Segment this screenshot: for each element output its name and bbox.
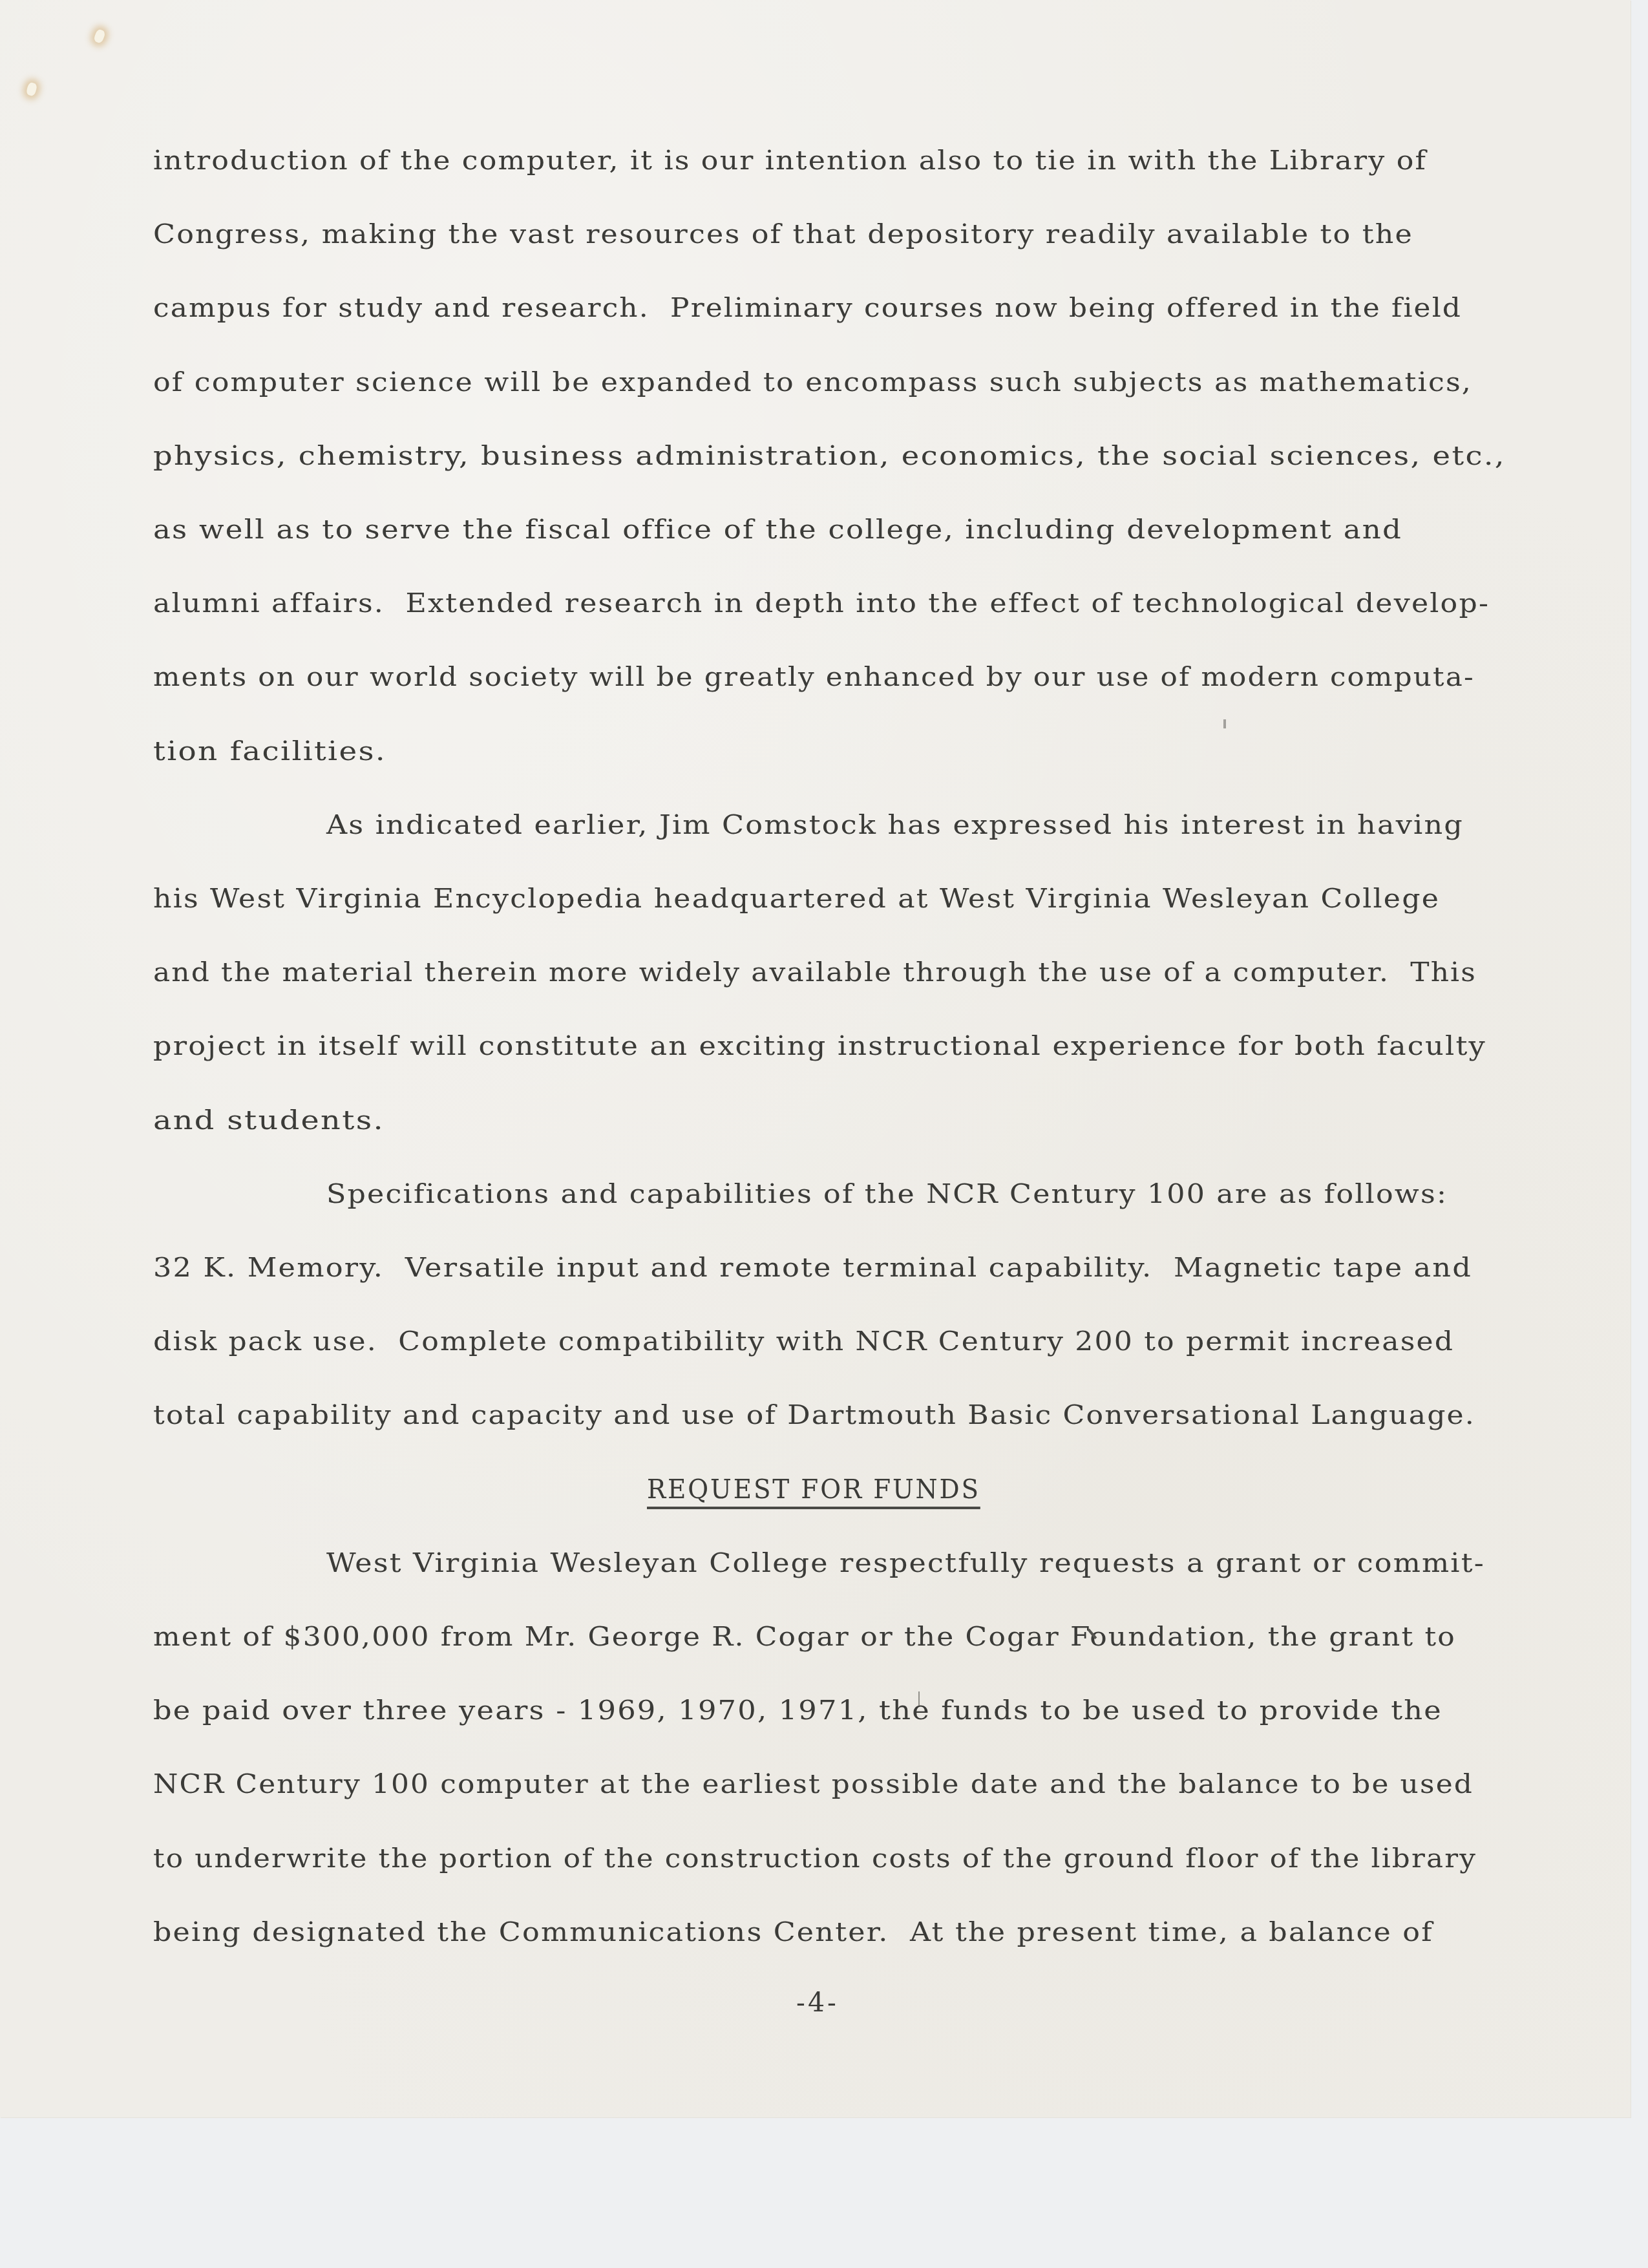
- text-line: total capability and capacity and use of…: [153, 1402, 1475, 1428]
- text-line: his West Virginia Encyclopedia headquart…: [153, 885, 1440, 912]
- staple-hole-mark: [93, 28, 106, 44]
- text-line: As indicated earlier, Jim Comstock has e…: [326, 812, 1464, 838]
- text-line: to underwrite the portion of the constru…: [153, 1845, 1477, 1872]
- text-line: being designated the Communications Cent…: [153, 1919, 1433, 1945]
- text-line: of computer science will be expanded to …: [153, 369, 1472, 396]
- paper-speck: [1223, 719, 1226, 728]
- text-line: Congress, making the vast resources of t…: [153, 221, 1413, 248]
- text-line: project in itself will constitute an exc…: [153, 1033, 1486, 1059]
- text-line: and the material therein more widely ava…: [153, 959, 1477, 986]
- stray-pen-mark: [918, 1691, 920, 1706]
- text-line: Specifications and capabilities of the N…: [326, 1181, 1448, 1207]
- text-line: tion facilities.: [153, 738, 386, 765]
- text-line: introduction of the computer, it is our …: [153, 147, 1427, 174]
- text-line: West Virginia Wesleyan College respectfu…: [326, 1550, 1485, 1576]
- text-line: campus for study and research. Prelimina…: [153, 295, 1462, 321]
- document-page: introduction of the computer, it is our …: [0, 0, 1631, 2117]
- text-line: ment of $300,000 from Mr. George R. Coga…: [153, 1624, 1456, 1650]
- text-line: disk pack use. Complete compatibility wi…: [153, 1328, 1454, 1355]
- text-line: be paid over three years - 1969, 1970, 1…: [153, 1697, 1442, 1724]
- section-heading-request-for-funds: REQUEST FOR FUNDS: [647, 1476, 980, 1509]
- text-line: ments on our world society will be great…: [153, 664, 1475, 690]
- text-line: physics, chemistry, business administrat…: [153, 443, 1506, 469]
- text-line: alumni affairs. Extended research in dep…: [153, 590, 1490, 617]
- text-line: and students.: [153, 1107, 385, 1134]
- page-number: -4-: [796, 1989, 839, 2016]
- text-line: NCR Century 100 computer at the earliest…: [153, 1771, 1474, 1797]
- text-line: 32 K. Memory. Versatile input and remote…: [153, 1255, 1472, 1281]
- staple-hole-mark: [26, 82, 38, 97]
- text-line: as well as to serve the fiscal office of…: [153, 516, 1402, 543]
